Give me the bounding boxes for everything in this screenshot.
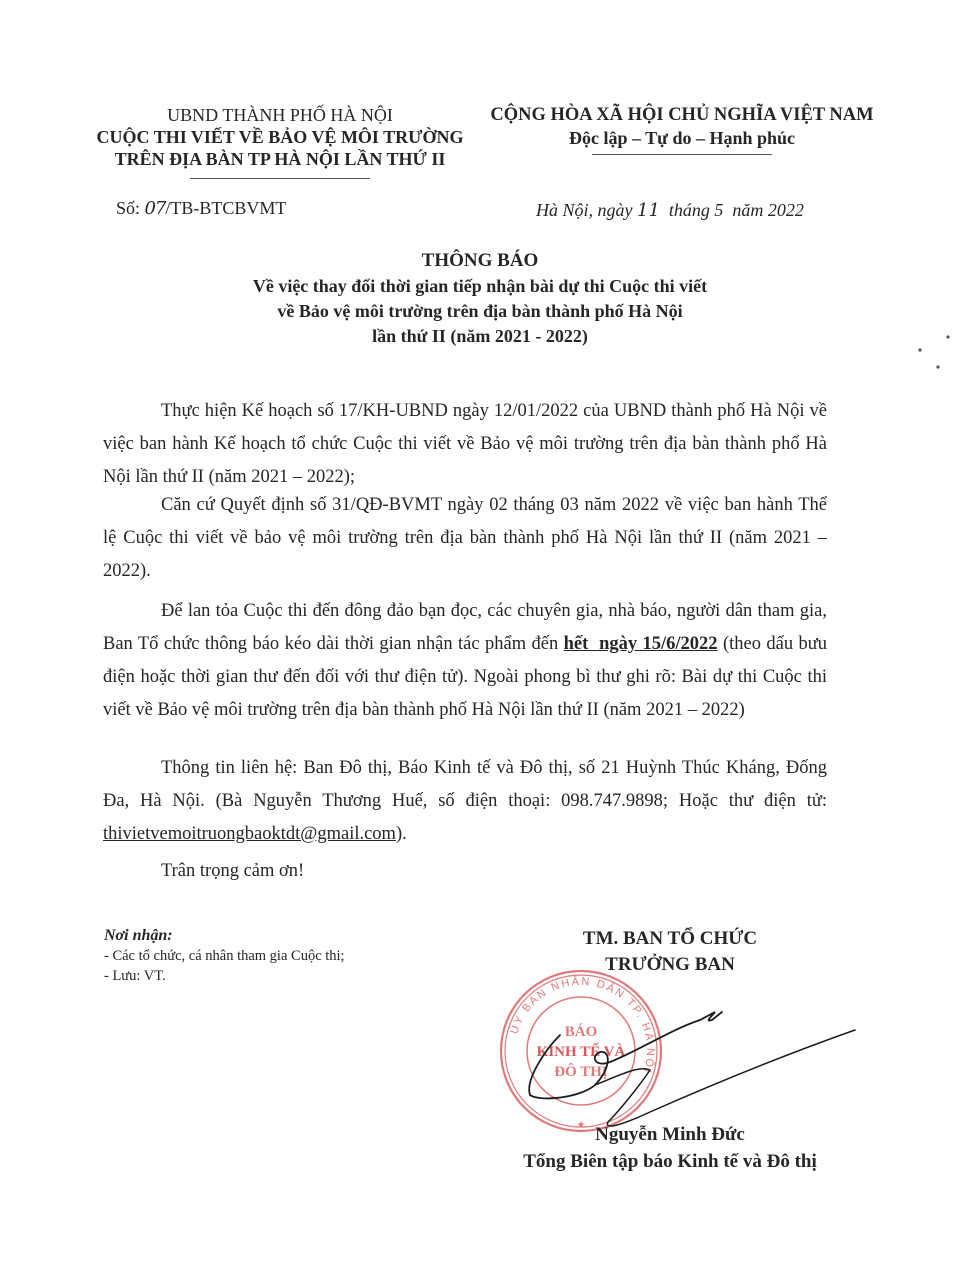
- recipient-item: - Lưu: VT.: [104, 966, 345, 986]
- closing-text: Trân trọng cảm ơn!: [103, 855, 827, 888]
- notice-title: THÔNG BÁO Về việc thay đổi thời gian tiế…: [200, 248, 760, 349]
- paragraph-1-text: Thực hiện Kế hoạch số 17/KH-UBND ngày 12…: [103, 395, 827, 494]
- contact-email-link[interactable]: thivietvemoitruongbaoktdt@gmail.com: [103, 824, 396, 844]
- header-divider: [190, 178, 370, 179]
- handwritten-number: 07: [145, 198, 166, 219]
- place-and-date: Hà Nội, ngày 11 tháng 5 năm 2022: [536, 200, 804, 221]
- number-code: /TB-BTCBVMT: [165, 198, 286, 218]
- p4-lead: Thông tin liên hệ: Ban Đô thị, Báo Kinh …: [103, 758, 827, 811]
- title-subject-2: về Bảo vệ môi trường trên địa bàn thành …: [200, 299, 760, 324]
- on-behalf-of: TM. BAN TỔ CHỨC: [470, 926, 870, 952]
- paragraph-4-text: Thông tin liên hệ: Ban Đô thị, Báo Kinh …: [103, 752, 827, 851]
- new-deadline: hết ngày 15/6/2022: [564, 634, 718, 654]
- recipients-heading: Nơi nhận:: [104, 926, 345, 946]
- number-label: Số:: [116, 198, 145, 218]
- title-main: THÔNG BÁO: [200, 248, 760, 274]
- paragraph-closing: Trân trọng cảm ơn!: [103, 855, 827, 888]
- authority-line-1: UBND THÀNH PHỐ HÀ NỘI: [90, 104, 470, 126]
- document-number: Số: 07/TB-BTCBVMT: [116, 198, 286, 219]
- scan-artifact-specks: [900, 330, 960, 390]
- date-month-year: tháng 5 năm 2022: [660, 200, 804, 220]
- p4-tail: ).: [396, 824, 407, 844]
- motto-divider: [592, 154, 772, 155]
- handwritten-signature: [500, 990, 860, 1130]
- country-name: CỘNG HÒA XÃ HỘI CHỦ NGHĨA VIỆT NAM: [462, 104, 902, 126]
- handwritten-day: 11: [637, 200, 660, 221]
- title-subject-1: Về việc thay đổi thời gian tiếp nhận bài…: [200, 274, 760, 299]
- national-motto-header: CỘNG HÒA XÃ HỘI CHỦ NGHĨA VIỆT NAM Độc l…: [462, 104, 902, 155]
- title-subject-3: lần thứ II (năm 2021 - 2022): [200, 324, 760, 349]
- paragraph-contact-info: Thông tin liên hệ: Ban Đô thị, Báo Kinh …: [103, 752, 827, 851]
- recipients-list: Nơi nhận: - Các tổ chức, cá nhân tham gi…: [104, 926, 345, 986]
- paragraph-plan-reference: Thực hiện Kế hoạch số 17/KH-UBND ngày 12…: [103, 395, 827, 494]
- signer-name: Nguyễn Minh Đức: [470, 1122, 870, 1148]
- paragraph-3-text: Để lan tỏa Cuộc thi đến đông đảo bạn đọc…: [103, 595, 827, 727]
- paragraph-2-text: Căn cứ Quyết định số 31/QĐ-BVMT ngày 02 …: [103, 489, 827, 588]
- authority-line-3: TRÊN ĐỊA BÀN TP HÀ NỘI LẦN THỨ II: [90, 148, 470, 170]
- signer-block: Nguyễn Minh Đức Tổng Biên tập báo Kinh t…: [470, 1122, 870, 1176]
- recipient-item: - Các tổ chức, cá nhân tham gia Cuộc thi…: [104, 946, 345, 966]
- signer-role: Tổng Biên tập báo Kinh tế và Đô thị: [470, 1148, 870, 1176]
- issuing-authority-header: UBND THÀNH PHỐ HÀ NỘI CUỘC THI VIẾT VỀ B…: [90, 104, 470, 179]
- paragraph-decision-reference: Căn cứ Quyết định số 31/QĐ-BVMT ngày 02 …: [103, 489, 827, 588]
- authority-line-2: CUỘC THI VIẾT VỀ BẢO VỆ MÔI TRƯỜNG: [90, 126, 470, 148]
- date-prefix: Hà Nội, ngày: [536, 200, 637, 220]
- paragraph-deadline-extension: Để lan tỏa Cuộc thi đến đông đảo bạn đọc…: [103, 595, 827, 727]
- national-motto: Độc lập – Tự do – Hạnh phúc: [462, 126, 902, 150]
